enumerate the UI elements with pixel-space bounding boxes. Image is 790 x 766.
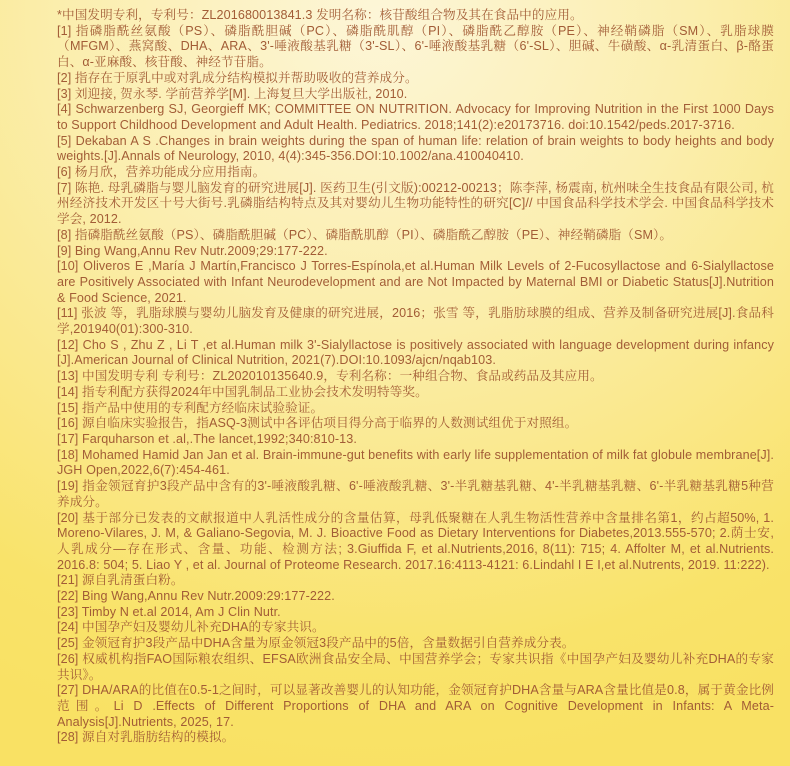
footnote-text: 权威机构指FAO国际粮农组织、EFSA欧洲食品安全局、中国营养学会；专家共识指《…	[57, 652, 774, 682]
footnote-13: [13] 中国发明专利 专利号：ZL202010135640.9，专利名称：一种…	[57, 369, 774, 385]
footnote-18: [18] Mohamed Hamid Jan Jan et al. Brain-…	[57, 448, 774, 479]
footnote-marker: [6]	[57, 165, 75, 179]
footnote-20: [20] 基于部分已发表的文献报道中人乳活性成分的含量估算，母乳低聚糖在人乳生物…	[57, 511, 774, 574]
footnote-text: 指磷脂酰丝氨酸（PS）、磷脂酰胆碱（PC）、磷脂酰肌醇（PI）、磷脂酰乙醇胺（P…	[57, 24, 774, 69]
footnote-8: [8] 指磷脂酰丝氨酸（PS）、磷脂酰胆碱（PC）、磷脂酰肌醇（PI）、磷脂酰乙…	[57, 228, 774, 244]
footnote-16: [16] 源自临床实验报告，指ASQ-3测试中各评估项目得分高于临界的人数测试组…	[57, 416, 774, 432]
footnote-marker: [9]	[57, 244, 75, 258]
footnote-text: 中国孕产妇及婴幼儿补充DHA的专家共识。	[82, 620, 325, 634]
footnote-1: [1] 指磷脂酰丝氨酸（PS）、磷脂酰胆碱（PC）、磷脂酰肌醇（PI）、磷脂酰乙…	[57, 24, 774, 71]
footnote-marker: [1]	[57, 24, 76, 38]
footnote-text: Bing Wang,Annu Rev Nutr.2009;29:177-222.	[75, 244, 328, 258]
footnote-22: [22] Bing Wang,Annu Rev Nutr.2009:29:177…	[57, 589, 774, 605]
footnote-text: 指金领冠育护3段产品中含有的3'-唾液酸乳糖、6'-唾液酸乳糖、3'-半乳糖基乳…	[57, 479, 774, 509]
footnote-26: [26] 权威机构指FAO国际粮农组织、EFSA欧洲食品安全局、中国营养学会；专…	[57, 652, 774, 683]
footnote-9: [9] Bing Wang,Annu Rev Nutr.2009;29:177-…	[57, 244, 774, 260]
footnote-marker: [23]	[57, 605, 82, 619]
footnote-marker: [12]	[57, 338, 83, 352]
footnote-text: 源自乳清蛋白粉。	[82, 573, 184, 587]
footnote-text: Oliveros E ,María J Martín,Francisco J T…	[57, 259, 774, 304]
footnote-23: [23] Timby N et.al 2014, Am J Clin Nutr.	[57, 605, 774, 621]
footnote-text: Cho S , Zhu Z , Li T ,et al.Human milk 3…	[57, 338, 774, 368]
footnote-text: 中国发明专利 专利号：ZL202010135640.9，专利名称：一种组合物、食…	[82, 369, 603, 383]
footnote-text: 源自临床实验报告，指ASQ-3测试中各评估项目得分高于临界的人数测试组优于对照组…	[82, 416, 577, 430]
footnote-text: Timby N et.al 2014, Am J Clin Nutr.	[82, 605, 281, 619]
footnote-text: 源自对乳脂肪结构的模拟。	[82, 730, 234, 744]
footnote-24: [24] 中国孕产妇及婴幼儿补充DHA的专家共识。	[57, 620, 774, 636]
product-footnotes-page: *中国发明专利，专利号：ZL201680013841.3 发明名称：核苷酸组合物…	[0, 0, 790, 766]
footnote-text: 基于部分已发表的文献报道中人乳活性成分的含量估算，母乳低聚糖在人乳生物活性营养中…	[57, 511, 774, 572]
footnote-11: [11] 张波 等，乳脂球膜与婴幼儿脑发育及健康的研究进展，2016；张雪 等，…	[57, 306, 774, 337]
footnote-marker: [8]	[57, 228, 75, 242]
footnote-15: [15] 指产品中使用的专利配方经临床试验验证。	[57, 401, 774, 417]
footnote-text: 指存在于原乳中或对乳成分结构模拟并帮助吸收的营养成分。	[75, 71, 418, 85]
footnote-14: [14] 指专利配方获得2024年中国乳制品工业协会技术发明特等奖。	[57, 385, 774, 401]
footnote-text: Mohamed Hamid Jan Jan et al. Brain-immun…	[57, 448, 774, 478]
footnote-10: [10] Oliveros E ,María J Martín,Francisc…	[57, 259, 774, 306]
footnote-3: [3] 刘迎接, 贺永琴. 学前营养学[M]. 上海复旦大学出版社, 2010.	[57, 87, 774, 103]
footnote-text: Schwarzenberg SJ, Georgieff MK; COMMITTE…	[57, 102, 774, 132]
footnote-2: [2] 指存在于原乳中或对乳成分结构模拟并帮助吸收的营养成分。	[57, 71, 774, 87]
footnote-6: [6] 杨月欣，营养功能成分应用指南。	[57, 165, 774, 181]
footnote-marker: [20]	[57, 511, 82, 525]
footnote-text: DHA/ARA的比值在0.5-1之间时，可以显著改善婴儿的认知功能，金领冠育护D…	[57, 683, 774, 728]
footnote-marker: [26]	[57, 652, 82, 666]
footnote-21: [21] 源自乳清蛋白粉。	[57, 573, 774, 589]
footnote-text: 指产品中使用的专利配方经临床试验验证。	[82, 401, 323, 415]
footnote-marker: [10]	[57, 259, 83, 273]
footnote-4: [4] Schwarzenberg SJ, Georgieff MK; COMM…	[57, 102, 774, 133]
footnote-marker: [3]	[57, 87, 75, 101]
footnote-text: 刘迎接, 贺永琴. 学前营养学[M]. 上海复旦大学出版社, 2010.	[75, 87, 407, 101]
footnote-marker: [28]	[57, 730, 82, 744]
footnote-text: 金领冠育护3段产品中DHA含量为原金领冠3段产品中的5倍，含量数据引自营养成分表…	[82, 636, 574, 650]
patent-header-note: *中国发明专利，专利号：ZL201680013841.3 发明名称：核苷酸组合物…	[57, 8, 774, 24]
footnote-marker: [5]	[57, 134, 76, 148]
footnote-25: [25] 金领冠育护3段产品中DHA含量为原金领冠3段产品中的5倍，含量数据引自…	[57, 636, 774, 652]
footnote-marker: [11]	[57, 306, 81, 320]
footnote-19: [19] 指金领冠育护3段产品中含有的3'-唾液酸乳糖、6'-唾液酸乳糖、3'-…	[57, 479, 774, 510]
footnote-7: [7] 陈艳. 母乳磷脂与婴儿脑发育的研究进展[J]. 医药卫生(引文版):00…	[57, 181, 774, 228]
footnote-5: [5] Dekaban A S .Changes in brain weight…	[57, 134, 774, 165]
footnote-marker: [16]	[57, 416, 82, 430]
footnote-text: 指专利配方获得2024年中国乳制品工业协会技术发明特等奖。	[82, 385, 428, 399]
footnote-marker: [21]	[57, 573, 82, 587]
footnote-text: Bing Wang,Annu Rev Nutr.2009:29:177-222.	[82, 589, 335, 603]
footnote-27: [27] DHA/ARA的比值在0.5-1之间时，可以显著改善婴儿的认知功能，金…	[57, 683, 774, 730]
footnote-marker: [25]	[57, 636, 82, 650]
footnote-marker: [14]	[57, 385, 82, 399]
footnote-marker: [18]	[57, 448, 82, 462]
footnote-text: 指磷脂酰丝氨酸（PS）、磷脂酰胆碱（PC）、磷脂酰肌醇（PI）、磷脂酰乙醇胺（P…	[75, 228, 672, 242]
footnote-marker: [15]	[57, 401, 82, 415]
footnote-marker: [22]	[57, 589, 82, 603]
footnote-marker: [2]	[57, 71, 75, 85]
footnote-12: [12] Cho S , Zhu Z , Li T ,et al.Human m…	[57, 338, 774, 369]
footnote-text: Farquharson et .al,.The lancet,1992;340:…	[82, 432, 357, 446]
footnote-17: [17] Farquharson et .al,.The lancet,1992…	[57, 432, 774, 448]
footnote-text: 张波 等，乳脂球膜与婴幼儿脑发育及健康的研究进展，2016；张雪 等，乳脂肪球膜…	[57, 306, 774, 336]
footnote-text: Dekaban A S .Changes in brain weights du…	[57, 134, 774, 164]
footnote-marker: [17]	[57, 432, 82, 446]
footnote-28: [28] 源自对乳脂肪结构的模拟。	[57, 730, 774, 746]
footnote-text: 杨月欣，营养功能成分应用指南。	[75, 165, 265, 179]
footnote-marker: [7]	[57, 181, 75, 195]
footnote-marker: [27]	[57, 683, 82, 697]
footnote-marker: [13]	[57, 369, 82, 383]
footnote-list: [1] 指磷脂酰丝氨酸（PS）、磷脂酰胆碱（PC）、磷脂酰肌醇（PI）、磷脂酰乙…	[57, 24, 774, 746]
footnote-marker: [19]	[57, 479, 82, 493]
footnote-marker: [4]	[57, 102, 76, 116]
footnote-marker: [24]	[57, 620, 82, 634]
footnote-text: 陈艳. 母乳磷脂与婴儿脑发育的研究进展[J]. 医药卫生(引文版):00212-…	[57, 181, 774, 226]
